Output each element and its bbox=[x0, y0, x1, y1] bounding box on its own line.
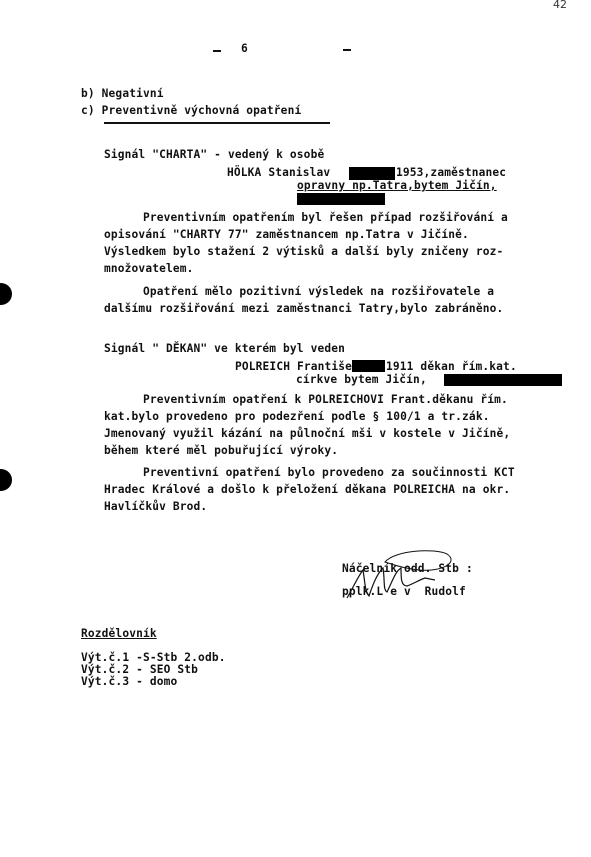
signal2-paragraph-line: kat.bylo provedeno pro podezření podle §… bbox=[104, 410, 490, 424]
punch-hole-bottom bbox=[0, 469, 12, 491]
signal2-paragraph-line: Hradec Králové a došlo k přeložení děkan… bbox=[104, 483, 510, 497]
signal1-paragraph-line: opisování "CHARTY 77" zaměstnancem np.Ta… bbox=[104, 228, 469, 242]
signal1-paragraph-line: Výsledkem bylo stažení 2 výtisků a další… bbox=[104, 245, 503, 259]
distribution-line: Výt.č.3 - domo bbox=[81, 675, 177, 689]
item-c-underline bbox=[104, 122, 330, 124]
redaction-block bbox=[297, 193, 385, 205]
signal2-paragraph-line: Jmenovaný využil kázání na půlnoční mši … bbox=[104, 427, 510, 441]
page-number-dash-left bbox=[213, 50, 221, 52]
handwritten-signature bbox=[335, 548, 535, 608]
item-b: b) Negativní bbox=[81, 87, 164, 101]
signal1-paragraph-line: množovatelem. bbox=[104, 262, 194, 276]
signal1-person-address: opravny np.Tatra,bytem Jičín, bbox=[297, 179, 497, 193]
signal1-person-detail: 1953,zaměstnanec bbox=[396, 166, 506, 180]
signal1-paragraph-line: dalšímu rozšiřování mezi zaměstnanci Tat… bbox=[104, 302, 503, 316]
signal2-person-detail: 1911 děkan řím.kat. bbox=[386, 360, 517, 374]
signal2-paragraph-line: Preventivním opatření k POLREICHOVI Fran… bbox=[143, 393, 508, 407]
signal2-person-address: církve bytem Jičín, bbox=[296, 373, 427, 387]
page-number: 6 bbox=[241, 42, 248, 56]
signal2-paragraph-line: Preventivní opatření bylo provedeno za s… bbox=[143, 466, 515, 480]
signal1-paragraph-line: Preventivním opatřením byl řešen případ … bbox=[143, 211, 508, 225]
signal2-paragraph-line: Havlíčkův Brod. bbox=[104, 500, 207, 514]
signal1-person-name: HÖLKA Stanislav bbox=[227, 166, 330, 180]
signal2-person-name: POLREICH František bbox=[235, 360, 359, 374]
redaction-block bbox=[444, 374, 562, 386]
signal1-paragraph-line: Opatření mělo pozitivní výsledek na rozš… bbox=[143, 285, 494, 299]
signal2-paragraph-line: během které měl pobuřující výroky. bbox=[104, 444, 338, 458]
archive-page-mark: 42 bbox=[553, 0, 567, 11]
signal2-heading: Signál " DĚKAN" ve kterém byl veden bbox=[104, 342, 345, 356]
item-c: c) Preventivně výchovná opatření bbox=[81, 104, 301, 118]
redaction-block bbox=[352, 360, 385, 372]
signal1-heading: Signál "CHARTA" - vedený k osobě bbox=[104, 148, 324, 162]
punch-hole-top bbox=[0, 283, 12, 305]
page-number-dash-right bbox=[343, 49, 351, 51]
distribution-heading: Rozdělovník bbox=[81, 627, 157, 641]
